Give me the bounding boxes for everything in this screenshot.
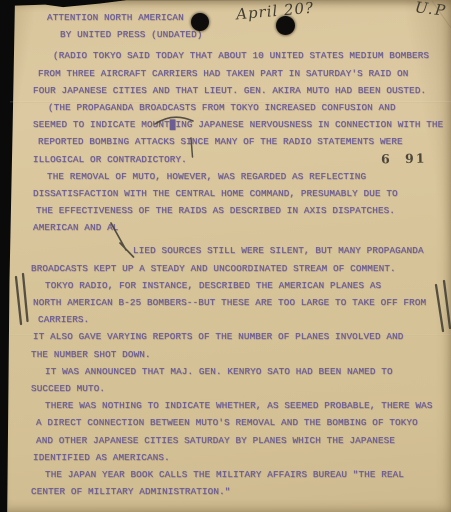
- typed-line: THE NUMBER SHOT DOWN.: [31, 346, 445, 363]
- typed-line: DISSATISFACTION WITH THE CENTRAL HOME CO…: [31, 185, 445, 202]
- typed-line: AMERICAN AND AL: [31, 219, 445, 236]
- typed-line: IT WAS ANNOUNCED THAT MAJ. GEN. KENRYO S…: [31, 363, 445, 380]
- typed-line: (THE PROPAGANDA BROADCASTS FROM TOKYO IN…: [31, 99, 445, 116]
- typed-line: LIED SOURCES STILL WERE SILENT, BUT MANY…: [31, 242, 445, 259]
- typed-line: IDENTIFIED AS AMERICANS.: [31, 449, 445, 466]
- number-stamp: 6 91: [381, 151, 427, 167]
- typed-line: SUCCEED MUTO.: [31, 380, 445, 397]
- typed-line: THE EFFECTIVENESS OF THE RAIDS AS DESCRI…: [31, 202, 445, 219]
- typed-line: TOKYO RADIO, FOR INSTANCE, DESCRIBED THE…: [31, 277, 445, 294]
- typed-line: BY UNITED PRESS (UNDATED): [31, 26, 445, 43]
- typed-line: IT ALSO GAVE VARYING REPORTS OF THE NUMB…: [31, 328, 445, 345]
- hole-punch: [191, 13, 209, 31]
- typed-line: REPORTED BOMBING ATTACKS SINCE MANY OF T…: [31, 133, 445, 150]
- typed-line: A DIRECT CONNECTION BETWEEN MUTO'S REMOV…: [31, 414, 445, 431]
- typed-line: CARRIERS.: [31, 311, 445, 328]
- typed-line: (RADIO TOKYO SAID TODAY THAT ABOUT 10 UN…: [31, 47, 445, 64]
- hole-punch: [276, 16, 295, 35]
- typed-line: THE REMOVAL OF MUTO, HOWEVER, WAS REGARD…: [31, 168, 445, 185]
- typed-line: THERE WAS NOTHING TO INDICATE WHETHER, A…: [31, 397, 445, 414]
- typed-line: FROM THREE AIRCRAFT CARRIERS HAD TAKEN P…: [31, 65, 445, 82]
- typed-line: THE JAPAN YEAR BOOK CALLS THE MILITARY A…: [31, 466, 445, 483]
- scanned-press-dispatch: ATTENTION NORTH AMERICAN BY UNITED PRESS…: [0, 0, 451, 512]
- typed-line: NORTH AMERICAN B-25 BOMBERS--BUT THESE A…: [31, 294, 445, 311]
- typed-line: FOUR JAPANESE CITIES AND THAT LIEUT. GEN…: [31, 82, 445, 99]
- typed-line: SEEMED TO INDICATE MOUNT█ING JAPANESE NE…: [31, 116, 445, 133]
- typed-line: BROADCASTS KEPT UP A STEADY AND UNCOORDI…: [31, 260, 445, 277]
- typed-text-block: ATTENTION NORTH AMERICAN BY UNITED PRESS…: [31, 9, 445, 500]
- typed-line: CENTER OF MILITARY ADMINISTRATION.": [31, 483, 445, 500]
- typed-line: AND OTHER JAPANESE CITIES SATURDAY BY PL…: [31, 432, 445, 449]
